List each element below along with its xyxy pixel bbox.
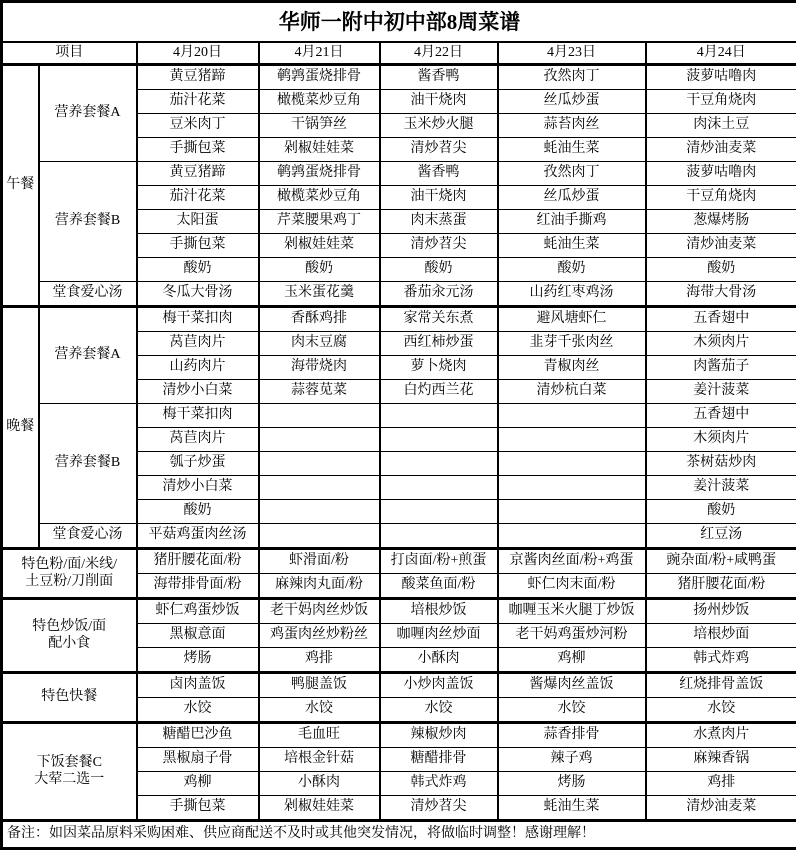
dish-cell: 水饺 — [380, 698, 498, 723]
dish-cell: 剁椒娃娃菜 — [259, 234, 380, 258]
dish-cell: 山药红枣鸡汤 — [498, 282, 646, 307]
dish-cell: 太阳蛋 — [137, 210, 259, 234]
menu-row: 营养套餐B 黄豆猪蹄 鹌鹑蛋烧排骨 酱香鸭 孜然肉丁 菠萝咕噜肉 — [2, 162, 796, 186]
dish-cell: 橄榄菜炒豆角 — [259, 186, 380, 210]
dish-cell: 酸奶 — [498, 258, 646, 282]
header-date: 4月24日 — [646, 42, 796, 65]
dish-cell: 肉沫土豆 — [646, 114, 796, 138]
dish-cell — [259, 404, 380, 428]
section-label-set-c: 下饭套餐C 大荤二选一 — [2, 723, 137, 821]
dish-cell: 烤肠 — [498, 772, 646, 796]
dish-cell: 黑椒扇子骨 — [137, 748, 259, 772]
note-text: 备注：如因菜品原料采购困难、供应商配送不及时或其他突发情况，将做临时调整！感谢理… — [2, 821, 796, 849]
dish-cell — [380, 428, 498, 452]
dish-cell: 清炒苕尖 — [380, 796, 498, 821]
dish-cell: 鸡柳 — [498, 648, 646, 673]
dish-cell: 鸡排 — [646, 772, 796, 796]
dish-cell: 蒜香排骨 — [498, 723, 646, 748]
dish-cell: 水饺 — [498, 698, 646, 723]
menu-row: 晚餐 营养套餐A 梅干菜扣肉 香酥鸡排 家常关东煮 避风塘虾仁 五香翅中 — [2, 307, 796, 332]
dish-cell: 韭芽千张肉丝 — [498, 332, 646, 356]
dish-cell: 韩式炸鸡 — [646, 648, 796, 673]
section-label-fast-food: 特色快餐 — [2, 673, 137, 723]
dish-cell: 水饺 — [259, 698, 380, 723]
row-label-dinner-combo-a: 营养套餐A — [39, 307, 137, 404]
dish-cell: 手撕包菜 — [137, 796, 259, 821]
dish-cell: 培根炒饭 — [380, 599, 498, 624]
dish-cell: 家常关东煮 — [380, 307, 498, 332]
dish-cell: 酸奶 — [380, 258, 498, 282]
dish-cell: 猪肝腰花面/粉 — [646, 574, 796, 599]
row-label-lunch-combo-b: 营养套餐B — [39, 162, 137, 282]
title-row: 华师一附中初中部8周菜谱 — [2, 2, 796, 43]
dish-cell: 木须肉片 — [646, 332, 796, 356]
dish-cell: 剁椒娃娃菜 — [259, 138, 380, 162]
dish-cell: 玉米蛋花羹 — [259, 282, 380, 307]
dish-cell: 小酥肉 — [259, 772, 380, 796]
header-item-label: 项目 — [2, 42, 137, 65]
dish-cell: 猪肝腰花面/粉 — [137, 549, 259, 574]
dish-cell: 清炒油麦菜 — [646, 234, 796, 258]
dish-cell: 红烧排骨盖饭 — [646, 673, 796, 698]
dish-cell: 清炒苕尖 — [380, 138, 498, 162]
dish-cell: 糖醋排骨 — [380, 748, 498, 772]
dish-cell — [498, 524, 646, 549]
menu-row: 特色快餐 卤肉盖饭 鸭腿盖饭 小炒肉盖饭 酱爆肉丝盖饭 红烧排骨盖饭 — [2, 673, 796, 698]
dish-cell: 京酱肉丝面/粉+鸡蛋 — [498, 549, 646, 574]
dish-cell: 蚝油生菜 — [498, 796, 646, 821]
menu-row: 特色炒饭/面 配小食 虾仁鸡蛋炒饭 老干妈肉丝炒饭 培根炒饭 咖喱玉米火腿丁炒饭… — [2, 599, 796, 624]
dish-cell: 老干妈鸡蛋炒河粉 — [498, 624, 646, 648]
section-label-noodle: 特色粉/面/米线/ 土豆粉/刀削面 — [2, 549, 137, 599]
dish-cell: 豌杂面/粉+咸鸭蛋 — [646, 549, 796, 574]
dish-cell: 西红柿炒蛋 — [380, 332, 498, 356]
dish-cell: 虾滑面/粉 — [259, 549, 380, 574]
dish-cell: 鸡排 — [259, 648, 380, 673]
dish-cell: 麻辣肉丸面/粉 — [259, 574, 380, 599]
dish-cell: 鹌鹑蛋烧排骨 — [259, 162, 380, 186]
menu-row: 特色粉/面/米线/ 土豆粉/刀削面 猪肝腰花面/粉 虾滑面/粉 打卤面/粉+煎蛋… — [2, 549, 796, 574]
dish-cell: 手撕包菜 — [137, 234, 259, 258]
dish-cell: 干豆角烧肉 — [646, 90, 796, 114]
dish-cell — [380, 476, 498, 500]
dish-cell: 酱香鸭 — [380, 65, 498, 90]
dish-cell: 鸭腿盖饭 — [259, 673, 380, 698]
row-label-lunch-combo-a: 营养套餐A — [39, 65, 137, 162]
section-label-fried-rice: 特色炒饭/面 配小食 — [2, 599, 137, 673]
dish-cell: 干锅笋丝 — [259, 114, 380, 138]
dish-cell: 蒜苔肉丝 — [498, 114, 646, 138]
dish-cell: 红豆汤 — [646, 524, 796, 549]
dish-cell: 黑椒意面 — [137, 624, 259, 648]
dish-cell: 莴苣肉片 — [137, 332, 259, 356]
dish-cell: 酸奶 — [646, 500, 796, 524]
dish-cell: 芹菜腰果鸡丁 — [259, 210, 380, 234]
dish-cell — [498, 404, 646, 428]
dish-cell: 酸奶 — [646, 258, 796, 282]
dish-cell: 烤肠 — [137, 648, 259, 673]
dish-cell: 蒜蓉苋菜 — [259, 380, 380, 404]
dish-cell — [498, 476, 646, 500]
dish-cell: 咖喱玉米火腿丁炒饭 — [498, 599, 646, 624]
dish-cell — [498, 452, 646, 476]
dish-cell — [498, 500, 646, 524]
dish-cell: 卤肉盖饭 — [137, 673, 259, 698]
dish-cell: 蚝油生菜 — [498, 138, 646, 162]
dish-cell: 五香翅中 — [646, 404, 796, 428]
dish-cell: 清炒小白菜 — [137, 476, 259, 500]
dish-cell: 鸡柳 — [137, 772, 259, 796]
dish-cell: 酸奶 — [137, 258, 259, 282]
dish-cell: 小炒肉盖饭 — [380, 673, 498, 698]
dish-cell: 冬瓜大骨汤 — [137, 282, 259, 307]
menu-table: 华师一附中初中部8周菜谱 项目 4月20日 4月21日 4月22日 4月23日 … — [0, 0, 796, 850]
dish-cell: 鸡蛋肉丝炒粉丝 — [259, 624, 380, 648]
dish-cell: 平菇鸡蛋肉丝汤 — [137, 524, 259, 549]
dish-cell — [259, 476, 380, 500]
dish-cell — [380, 500, 498, 524]
section-label-lunch: 午餐 — [2, 65, 39, 307]
dish-cell: 莴苣肉片 — [137, 428, 259, 452]
dish-cell: 菠萝咕噜肉 — [646, 65, 796, 90]
dish-cell: 糖醋巴沙鱼 — [137, 723, 259, 748]
dish-cell: 鹌鹑蛋烧排骨 — [259, 65, 380, 90]
dish-cell: 豆米肉丁 — [137, 114, 259, 138]
row-label-dinner-combo-b: 营养套餐B — [39, 404, 137, 524]
row-label-dinner-soup: 堂食爱心汤 — [39, 524, 137, 549]
dish-cell: 水饺 — [646, 698, 796, 723]
header-date: 4月23日 — [498, 42, 646, 65]
dish-cell: 丝瓜炒蛋 — [498, 186, 646, 210]
dish-cell: 玉米炒火腿 — [380, 114, 498, 138]
dish-cell: 清炒油麦菜 — [646, 796, 796, 821]
dish-cell — [380, 524, 498, 549]
dish-cell: 酸奶 — [259, 258, 380, 282]
dish-cell: 萝卜烧肉 — [380, 356, 498, 380]
dish-cell: 干豆角烧肉 — [646, 186, 796, 210]
dish-cell: 酸奶 — [137, 500, 259, 524]
dish-cell: 咖喱肉丝炒面 — [380, 624, 498, 648]
dish-cell: 葱爆烤肠 — [646, 210, 796, 234]
dish-cell: 培根金针菇 — [259, 748, 380, 772]
dish-cell: 茄汁花菜 — [137, 186, 259, 210]
dish-cell: 酸菜鱼面/粉 — [380, 574, 498, 599]
dish-cell: 剁椒娃娃菜 — [259, 796, 380, 821]
dish-cell: 油干烧肉 — [380, 186, 498, 210]
section-label-dinner: 晚餐 — [2, 307, 39, 549]
dish-cell — [380, 404, 498, 428]
dish-cell: 黄豆猪蹄 — [137, 162, 259, 186]
dish-cell: 青椒肉丝 — [498, 356, 646, 380]
page-title: 华师一附中初中部8周菜谱 — [2, 2, 796, 43]
dish-cell: 海带烧肉 — [259, 356, 380, 380]
dish-cell: 扬州炒饭 — [646, 599, 796, 624]
dish-cell: 韩式炸鸡 — [380, 772, 498, 796]
dish-cell: 肉酱茄子 — [646, 356, 796, 380]
dish-cell: 手撕包菜 — [137, 138, 259, 162]
dish-cell: 五香翅中 — [646, 307, 796, 332]
dish-cell: 孜然肉丁 — [498, 65, 646, 90]
dish-cell: 黄豆猪蹄 — [137, 65, 259, 90]
dish-cell: 老干妈肉丝炒饭 — [259, 599, 380, 624]
dish-cell: 姜汁菠菜 — [646, 380, 796, 404]
dish-cell: 酱香鸭 — [380, 162, 498, 186]
dish-cell: 橄榄菜炒豆角 — [259, 90, 380, 114]
dish-cell — [380, 452, 498, 476]
dish-cell: 梅干菜扣肉 — [137, 307, 259, 332]
dish-cell: 酱爆肉丝盖饭 — [498, 673, 646, 698]
note-row: 备注：如因菜品原料采购困难、供应商配送不及时或其他突发情况，将做临时调整！感谢理… — [2, 821, 796, 849]
dish-cell: 打卤面/粉+煎蛋 — [380, 549, 498, 574]
dish-cell: 避风塘虾仁 — [498, 307, 646, 332]
dish-cell: 山药肉片 — [137, 356, 259, 380]
menu-row: 下饭套餐C 大荤二选一 糖醋巴沙鱼 毛血旺 辣椒炒肉 蒜香排骨 水煮肉片 — [2, 723, 796, 748]
dish-cell — [259, 524, 380, 549]
dish-cell: 水煮肉片 — [646, 723, 796, 748]
dish-cell: 蚝油生菜 — [498, 234, 646, 258]
header-date: 4月21日 — [259, 42, 380, 65]
dish-cell: 番茄汆元汤 — [380, 282, 498, 307]
dish-cell: 海带排骨面/粉 — [137, 574, 259, 599]
dish-cell: 水饺 — [137, 698, 259, 723]
dish-cell: 辣椒炒肉 — [380, 723, 498, 748]
dish-cell: 小酥肉 — [380, 648, 498, 673]
dish-cell: 红油手撕鸡 — [498, 210, 646, 234]
dish-cell: 海带大骨汤 — [646, 282, 796, 307]
row-label-lunch-soup: 堂食爱心汤 — [39, 282, 137, 307]
menu-row: 午餐 营养套餐A 黄豆猪蹄 鹌鹑蛋烧排骨 酱香鸭 孜然肉丁 菠萝咕噜肉 — [2, 65, 796, 90]
dish-cell: 梅干菜扣肉 — [137, 404, 259, 428]
dish-cell: 培根炒面 — [646, 624, 796, 648]
header-date: 4月22日 — [380, 42, 498, 65]
dish-cell: 肉末豆腐 — [259, 332, 380, 356]
dish-cell: 辣子鸡 — [498, 748, 646, 772]
dish-cell — [259, 428, 380, 452]
dish-cell: 清炒苕尖 — [380, 234, 498, 258]
menu-row: 堂食爱心汤 平菇鸡蛋肉丝汤 红豆汤 — [2, 524, 796, 549]
dish-cell: 肉末蒸蛋 — [380, 210, 498, 234]
dish-cell: 毛血旺 — [259, 723, 380, 748]
dish-cell: 清炒小白菜 — [137, 380, 259, 404]
dish-cell: 姜汁菠菜 — [646, 476, 796, 500]
dish-cell: 瓠子炒蛋 — [137, 452, 259, 476]
dish-cell: 虾仁鸡蛋炒饭 — [137, 599, 259, 624]
header-row: 项目 4月20日 4月21日 4月22日 4月23日 4月24日 — [2, 42, 796, 65]
menu-row: 营养套餐B 梅干菜扣肉 五香翅中 — [2, 404, 796, 428]
dish-cell: 茶树菇炒肉 — [646, 452, 796, 476]
dish-cell: 虾仁肉末面/粉 — [498, 574, 646, 599]
header-date: 4月20日 — [137, 42, 259, 65]
dish-cell: 清炒油麦菜 — [646, 138, 796, 162]
dish-cell: 菠萝咕噜肉 — [646, 162, 796, 186]
dish-cell — [259, 452, 380, 476]
dish-cell: 丝瓜炒蛋 — [498, 90, 646, 114]
dish-cell: 麻辣香锅 — [646, 748, 796, 772]
dish-cell: 清炒杭白菜 — [498, 380, 646, 404]
dish-cell: 油干烧肉 — [380, 90, 498, 114]
dish-cell: 木须肉片 — [646, 428, 796, 452]
dish-cell — [498, 428, 646, 452]
dish-cell: 茄汁花菜 — [137, 90, 259, 114]
menu-row: 堂食爱心汤 冬瓜大骨汤 玉米蛋花羹 番茄汆元汤 山药红枣鸡汤 海带大骨汤 — [2, 282, 796, 307]
dish-cell — [259, 500, 380, 524]
dish-cell: 白灼西兰花 — [380, 380, 498, 404]
dish-cell: 孜然肉丁 — [498, 162, 646, 186]
dish-cell: 香酥鸡排 — [259, 307, 380, 332]
